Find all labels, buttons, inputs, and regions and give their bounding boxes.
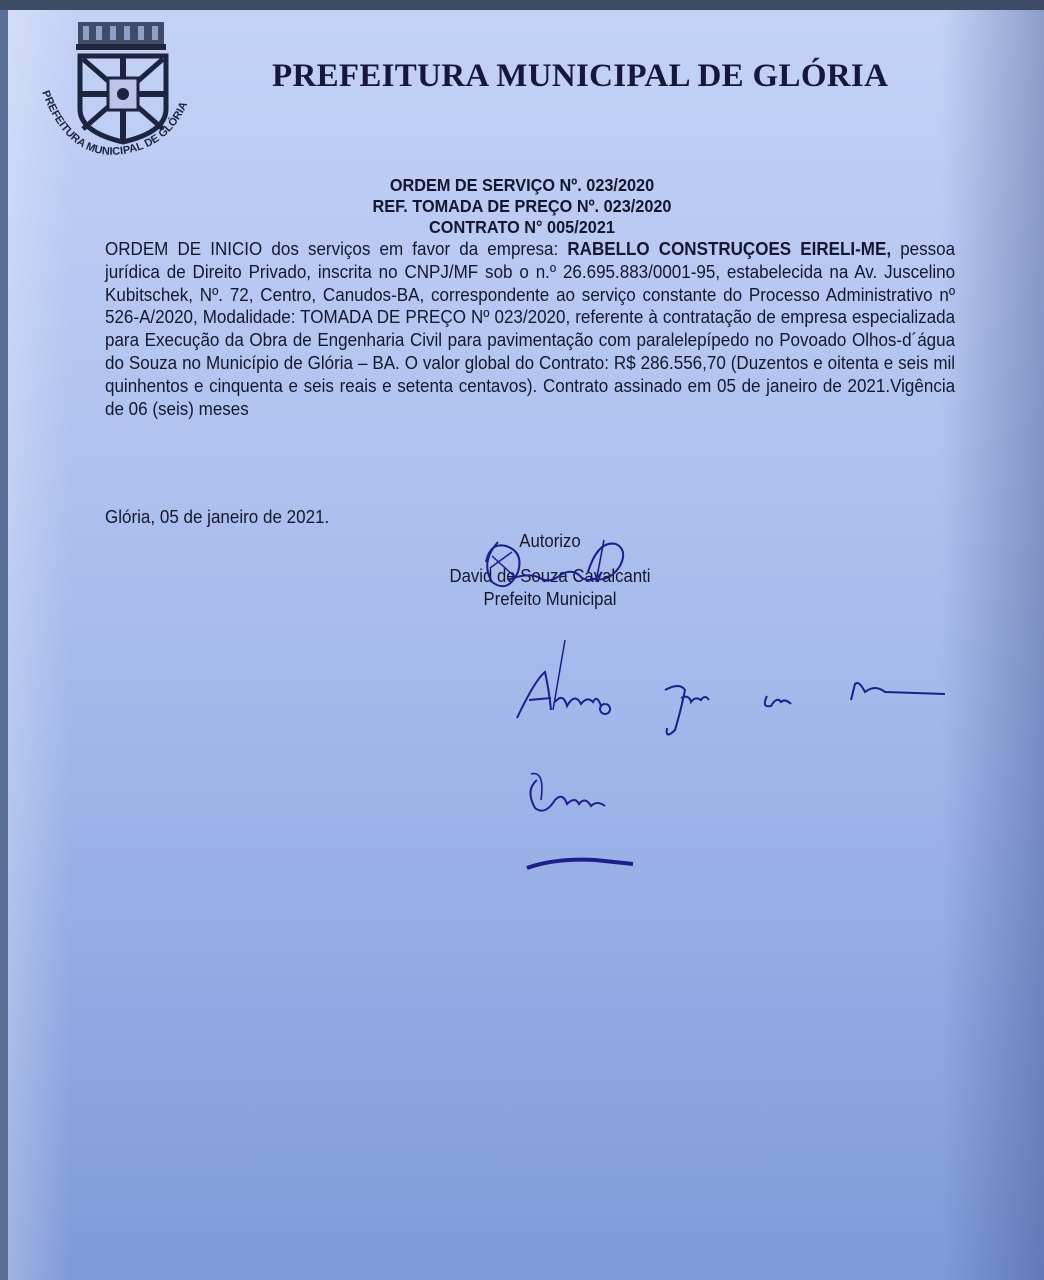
date-line: Glória, 05 de janeiro de 2021.	[105, 506, 329, 528]
reference-heading: REF. TOMADA DE PREÇO Nº. 023/2020	[37, 196, 1008, 217]
background-edge	[0, 0, 1044, 10]
order-number-heading: ORDEM DE SERVIÇO Nº. 023/2020	[37, 175, 1008, 196]
page-title: PREFEITURA MUNICIPAL DE GLÓRIA	[272, 58, 888, 95]
document-body: ORDEM DE INICIO dos serviços em favor da…	[105, 238, 955, 420]
mayor-signature-icon	[478, 532, 638, 598]
contract-heading: CONTRATO N° 005/2021	[37, 217, 1008, 238]
handwritten-signature-icon	[505, 640, 965, 880]
document-headings: ORDEM DE SERVIÇO Nº. 023/2020 REF. TOMAD…	[37, 175, 1008, 238]
body-intro: ORDEM DE INICIO dos serviços em favor da…	[105, 238, 567, 259]
body-details: pessoa jurídica de Direito Privado, insc…	[105, 238, 955, 419]
municipal-crest-icon: PREFEITURA MUNICIPAL DE GLÓRIA	[28, 14, 208, 164]
company-name: RABELLO CONSTRUÇOES EIRELI-ME,	[567, 238, 891, 259]
